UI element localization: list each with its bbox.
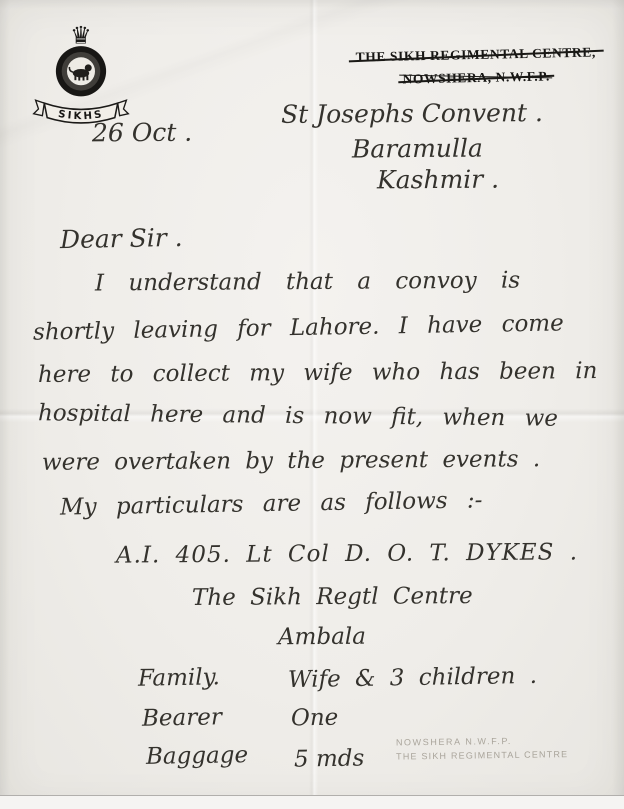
identity-line: The Sikh Regtl Centre — [192, 583, 473, 611]
crown-icon: ♛ — [70, 22, 92, 49]
body-line: here to collect my wife who has been in — [38, 358, 598, 388]
address-line-2: Baramulla — [352, 134, 483, 164]
letter-photo: ♛ SIKHS THE SIKH REGIMENTAL CENTR — [0, 0, 624, 809]
ribbon-end-left — [34, 100, 45, 115]
body-line: hospital here and is now fit, when we — [38, 400, 558, 431]
particular-value: Wife & 3 children . — [288, 663, 537, 693]
salutation: Dear Sir . — [60, 223, 183, 254]
particular-label: Family. — [138, 664, 220, 691]
body-line: were overtaken by the present events . — [42, 446, 540, 475]
letterhead: THE SIKH REGIMENTAL CENTRE, NOWSHERA, N.… — [336, 43, 617, 90]
particular-value: One — [291, 705, 339, 732]
letterhead-line-2: NOWSHERA, N.W.F.P. — [402, 68, 550, 87]
address-line-1: St Josephs Convent . — [281, 98, 543, 129]
ribbon-end-right — [118, 100, 129, 115]
particular-label: Baggage — [146, 742, 249, 770]
identity-line: A.I. 405. Lt Col D. O. T. DYKES . — [116, 539, 578, 568]
letter-date: 26 Oct . — [92, 118, 192, 148]
body-line: I understand that a convoy is — [95, 268, 520, 297]
letterhead-line-1: THE SIKH REGIMENTAL CENTRE, — [355, 44, 596, 65]
particular-label: Bearer — [142, 704, 222, 731]
particular-value: 5 mds — [294, 745, 365, 772]
paper-bottom-edge — [0, 795, 624, 809]
ghost-stamp: NOWSHERA N.W.F.P. THE SIKH REGIMENTAL CE… — [396, 732, 618, 763]
identity-line: Ambala — [278, 624, 366, 651]
address-line-3: Kashmir . — [377, 165, 499, 195]
